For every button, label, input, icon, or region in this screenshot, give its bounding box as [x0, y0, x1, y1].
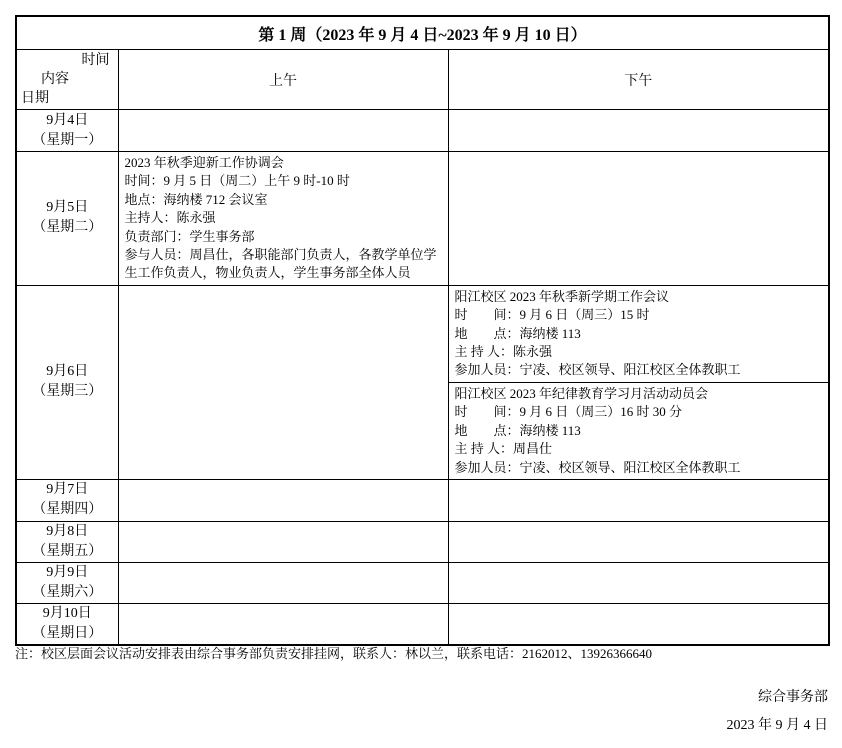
meeting-block: 阳江校区 2023 年秋季新学期工作会议 时 间：9 月 6 日（周三）15 时…: [449, 286, 829, 382]
meeting-block: 阳江校区 2023 年纪律教育学习月活动动员会 时 间：9 月 6 日（周三）1…: [449, 383, 829, 479]
meeting-title: 2023 年秋季迎新工作协调会: [125, 154, 444, 172]
meeting-attendees: 参加人员：宁凌、校区领导、阳江校区全体教职工: [455, 459, 825, 477]
date-cell-sep6: 9月6日 （星期三）: [16, 285, 118, 479]
row-sep7: 9月7日 （星期四）: [16, 479, 829, 521]
date-cell-sep8: 9月8日 （星期五）: [16, 521, 118, 562]
afternoon-header: 下午: [448, 50, 829, 110]
afternoon-cell-sep6-meeting1: 阳江校区 2023 年秋季新学期工作会议 时 间：9 月 6 日（周三）15 时…: [448, 285, 829, 382]
date-cell-sep5: 9月5日 （星期二）: [16, 152, 118, 286]
afternoon-cell-sep7: [448, 479, 829, 521]
morning-header: 上午: [118, 50, 448, 110]
meeting-host: 主持人：陈永强: [125, 209, 444, 227]
morning-cell-sep4: [118, 110, 448, 152]
morning-cell-sep5: 2023 年秋季迎新工作协调会 时间：9 月 5 日（周二）上午 9 时-10 …: [118, 152, 448, 286]
date-cell-sep10: 9月10日 （星期日）: [16, 603, 118, 645]
row-sep6-part1: 9月6日 （星期三） 阳江校区 2023 年秋季新学期工作会议 时 间：9 月 …: [16, 285, 829, 382]
meeting-block: 2023 年秋季迎新工作协调会 时间：9 月 5 日（周二）上午 9 时-10 …: [119, 152, 448, 285]
footnote: 注：校区层面会议活动安排表由综合事务部负责安排挂网，联系人：林以兰，联系电话：2…: [15, 645, 827, 662]
afternoon-cell-sep5: [448, 152, 829, 286]
afternoon-cell-sep4: [448, 110, 829, 152]
morning-cell-sep6: [118, 285, 448, 479]
morning-cell-sep9: [118, 562, 448, 603]
meeting-place: 地 点：海纳楼 113: [455, 422, 825, 440]
afternoon-cell-sep6-meeting2: 阳江校区 2023 年纪律教育学习月活动动员会 时 间：9 月 6 日（周三）1…: [448, 382, 829, 479]
meeting-time: 时间：9 月 5 日（周二）上午 9 时-10 时: [125, 172, 444, 190]
corner-header: 时间 内容 日期: [16, 50, 118, 110]
meeting-title: 阳江校区 2023 年纪律教育学习月活动动员会: [455, 385, 825, 403]
header-row: 时间 内容 日期 上午 下午: [16, 50, 829, 110]
morning-cell-sep7: [118, 479, 448, 521]
afternoon-cell-sep8: [448, 521, 829, 562]
meeting-host: 主 持 人：陈永强: [455, 343, 825, 361]
signature-block: 综合事务部 2023 年 9 月 4 日: [727, 684, 829, 740]
morning-cell-sep8: [118, 521, 448, 562]
corner-label-content: 内容: [17, 70, 118, 89]
meeting-place: 地 点：海纳楼 113: [455, 325, 825, 343]
corner-label-date: 日期: [17, 89, 118, 108]
date-cell-sep4: 9月4日 （星期一）: [16, 110, 118, 152]
meeting-attendees: 参加人员：宁凌、校区领导、阳江校区全体教职工: [455, 361, 825, 379]
meeting-attendees: 参与人员：周昌仕，各职能部门负责人，各教学单位学生工作负责人，物业负责人，学生事…: [125, 246, 444, 283]
meeting-title: 阳江校区 2023 年秋季新学期工作会议: [455, 288, 825, 306]
meeting-place: 地点：海纳楼 712 会议室: [125, 191, 444, 209]
row-sep9: 9月9日 （星期六）: [16, 562, 829, 603]
week-title: 第 1 周（2023 年 9 月 4 日~2023 年 9 月 10 日）: [16, 16, 829, 50]
meeting-dept: 负责部门：学生事务部: [125, 228, 444, 246]
morning-cell-sep10: [118, 603, 448, 645]
row-sep4: 9月4日 （星期一）: [16, 110, 829, 152]
title-row: 第 1 周（2023 年 9 月 4 日~2023 年 9 月 10 日）: [16, 16, 829, 50]
row-sep10: 9月10日 （星期日）: [16, 603, 829, 645]
date-cell-sep7: 9月7日 （星期四）: [16, 479, 118, 521]
afternoon-cell-sep10: [448, 603, 829, 645]
meeting-time: 时 间：9 月 6 日（周三）15 时: [455, 306, 825, 324]
document: 第 1 周（2023 年 9 月 4 日~2023 年 9 月 10 日） 时间…: [0, 0, 842, 748]
row-sep5: 9月5日 （星期二） 2023 年秋季迎新工作协调会 时间：9 月 5 日（周二…: [16, 152, 829, 286]
signature-department: 综合事务部: [727, 684, 829, 712]
date-cell-sep9: 9月9日 （星期六）: [16, 562, 118, 603]
meeting-time: 时 间：9 月 6 日（周三）16 时 30 分: [455, 403, 825, 421]
afternoon-cell-sep9: [448, 562, 829, 603]
corner-label-time: 时间: [17, 51, 118, 70]
row-sep8: 9月8日 （星期五）: [16, 521, 829, 562]
signature-date: 2023 年 9 月 4 日: [727, 712, 829, 740]
schedule-table: 第 1 周（2023 年 9 月 4 日~2023 年 9 月 10 日） 时间…: [15, 15, 830, 646]
meeting-host: 主 持 人：周昌仕: [455, 440, 825, 458]
